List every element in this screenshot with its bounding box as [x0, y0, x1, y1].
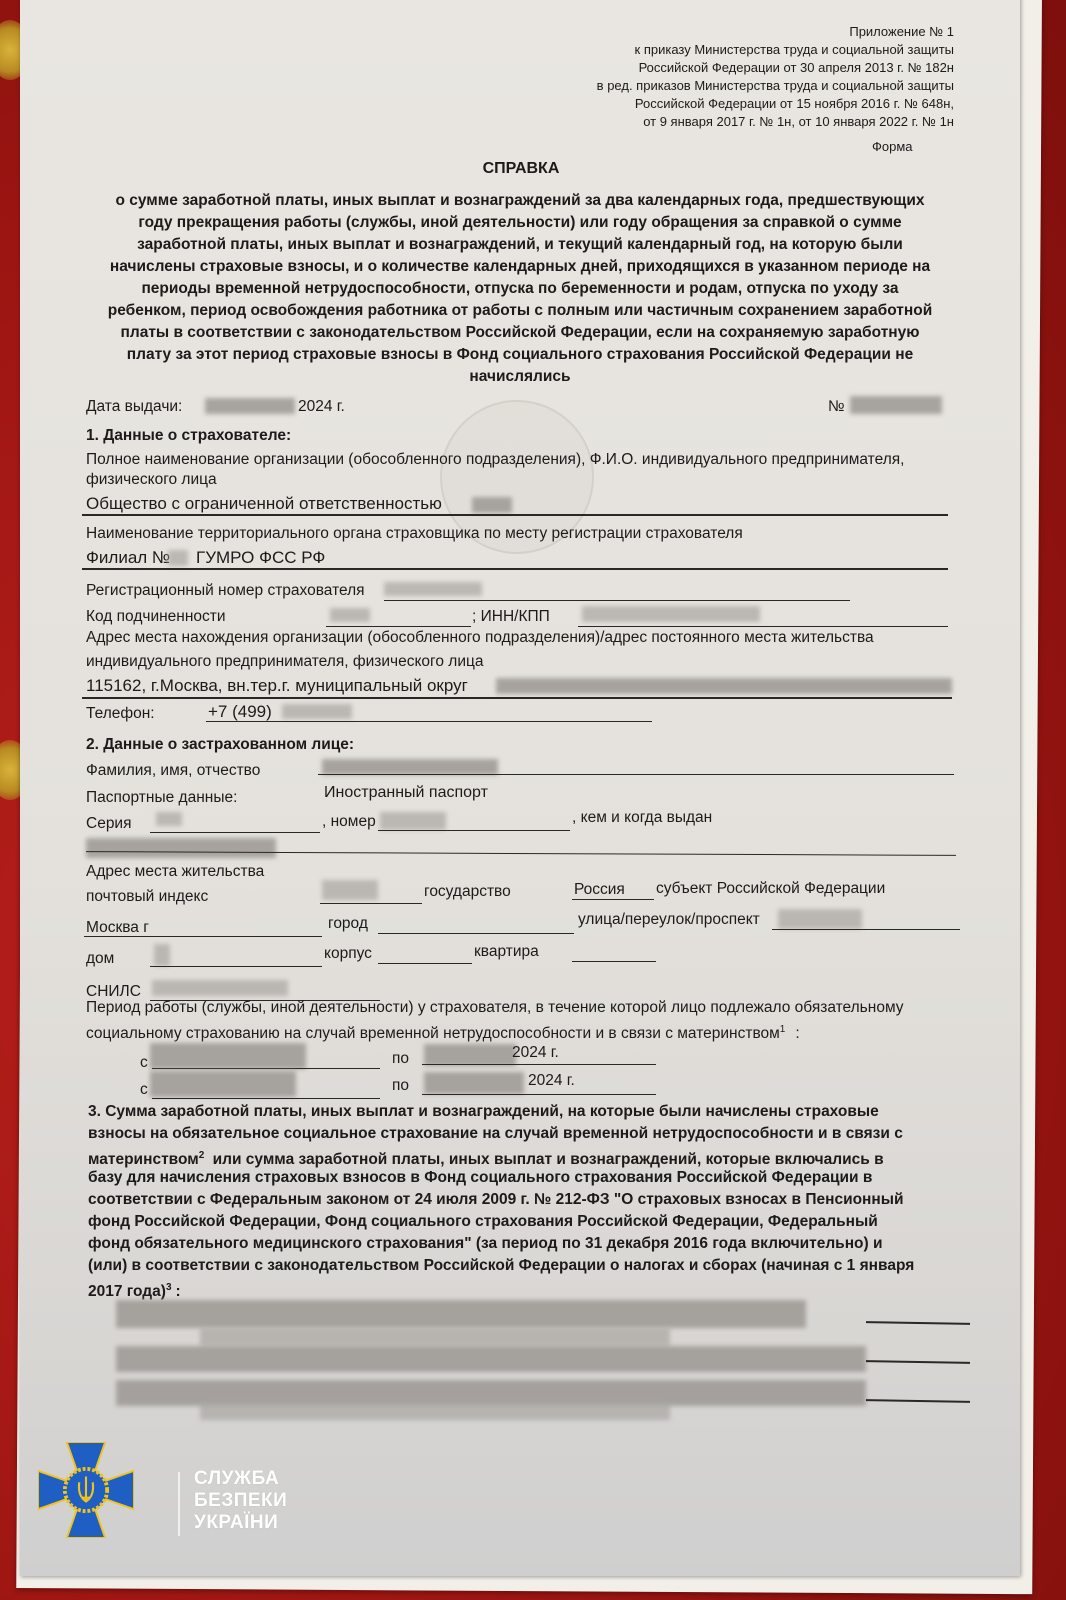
street-label: улица/переулок/проспект [578, 911, 760, 929]
section3-text: или сумма заработной платы, иных выплат … [213, 1151, 884, 1168]
period-from-underline [152, 1098, 380, 1099]
redacted-issue-number [850, 396, 942, 414]
subtitle-line: заработной платы, иных выплат и вознагра… [0, 236, 1040, 254]
country-label: государство [424, 883, 511, 901]
building-underline [378, 963, 472, 964]
section3-text: 2017 года) [88, 1283, 166, 1300]
redacted-branch-number [168, 550, 188, 566]
territorial-value-prefix: Филиал № [86, 549, 170, 567]
period-to-label: по [392, 1050, 409, 1068]
section3-line: 2017 года)3: [88, 1279, 181, 1301]
appendix-line: Российской Федерации от 15 ноября 2016 г… [635, 94, 954, 114]
subtitle-line: платы в соответствии с законодательством… [0, 324, 1040, 342]
apartment-label: квартира [474, 943, 539, 961]
redacted-org-name [472, 497, 512, 513]
passport-value: Иностранный паспорт [324, 784, 488, 802]
period-to-year: 2024 г. [512, 1044, 559, 1062]
subtitle-line: о сумме заработной платы, иных выплат и … [0, 192, 1040, 210]
section3-line: взносы на обязательное социальное страхо… [88, 1125, 903, 1143]
period-to-underline [422, 1094, 656, 1095]
issued-by-label: , кем и когда выдан [572, 809, 712, 827]
redacted-reg-number [384, 582, 482, 596]
issue-date-label: Дата выдачи: [86, 398, 182, 416]
redacted-row [200, 1328, 670, 1346]
footnote-3: 3 [166, 1282, 172, 1293]
building-label: корпус [324, 945, 372, 963]
subtitle-line: году прекращения работы (службы, иной де… [0, 214, 1040, 232]
redacted-address [496, 678, 952, 694]
org-name-value: Общество с ограниченной ответственностью [86, 495, 442, 513]
subject-underline [84, 936, 322, 937]
appendix-line: к приказу Министерства труда и социально… [635, 40, 954, 60]
work-period-text-line: социальному страхованию на случай времен… [86, 1025, 780, 1042]
territorial-underline [82, 568, 948, 570]
section2-heading: 2. Данные о застрахованном лице: [86, 736, 354, 754]
row-underline [866, 1360, 970, 1363]
appendix-line: от 9 января 2017 г. № 1н, от 10 января 2… [643, 112, 954, 132]
section3-line: соответствии с Федеральным законом от 24… [88, 1191, 904, 1209]
series-underline [150, 832, 320, 833]
section3-line: фонд Российской Федерации, Фонд социальн… [88, 1213, 878, 1231]
country-value: Россия [574, 881, 625, 899]
sbu-wordmark: СЛУЖБА БЕЗПЕКИ УКРАЇНИ [194, 1468, 287, 1534]
period-to-underline [422, 1064, 656, 1065]
redacted-subordination [330, 608, 370, 622]
issue-date-year: 2024 г. [298, 398, 345, 416]
redacted-fio [322, 759, 498, 775]
city-label: город [328, 915, 368, 933]
redacted-period-from [150, 1043, 306, 1069]
org-name-label: физического лица [86, 471, 217, 489]
reg-number-label: Регистрационный номер страхователя [86, 582, 365, 600]
period-to-label: по [392, 1077, 409, 1095]
appendix-line: в ред. приказов Министерства труда и соц… [597, 76, 954, 96]
phone-value: +7 (499) [208, 703, 272, 721]
document: Приложение № 1 к приказу Министерства тр… [0, 0, 1066, 1600]
org-name-label: Полное наименование организации (обособл… [86, 451, 904, 469]
subtitle-line: ребенком, период освобождения работника … [0, 302, 1040, 320]
logo-divider [178, 1472, 180, 1536]
redacted-snils [152, 980, 288, 996]
redacted-postal-code [322, 880, 378, 900]
period-from-label: с [140, 1081, 148, 1099]
section3-line: 3. Сумма заработной платы, иных выплат и… [88, 1103, 879, 1121]
sbu-emblem-icon [38, 1442, 134, 1538]
footnote-2: 2 [199, 1150, 205, 1161]
apartment-underline [572, 961, 656, 962]
subject-label: субъект Российской Федерации [656, 880, 885, 898]
subject-value: Москва г [86, 919, 149, 937]
row-underline [866, 1321, 970, 1324]
section3-colon: : [176, 1283, 181, 1300]
work-period-colon: : [795, 1025, 799, 1042]
sbu-wordmark-line: СЛУЖБА [194, 1468, 287, 1490]
appendix-line: Приложение № 1 [849, 22, 954, 42]
redacted-period-from [150, 1071, 296, 1097]
address-underline [82, 697, 952, 699]
subtitle-line: начислены страховые взносы, и о количест… [0, 258, 1040, 276]
postal-underline [320, 903, 422, 904]
section1-heading: 1. Данные о страхователе: [86, 427, 291, 445]
subordination-label: Код подчиненности [86, 608, 226, 626]
section3-line: (или) в соответствии с законодательством… [88, 1257, 914, 1275]
section3-text: материнством [88, 1151, 199, 1168]
redacted-row [200, 1402, 670, 1420]
section3-line: базу для начисления страховых взносов в … [88, 1169, 872, 1187]
section3-line: материнством2 или сумма заработной платы… [88, 1147, 884, 1169]
redacted-issue-date [205, 398, 295, 414]
sbu-wordmark-line: БЕЗПЕКИ [194, 1490, 287, 1512]
row-underline [866, 1399, 970, 1402]
period-from-underline [152, 1068, 380, 1069]
residence-label: Адрес места жительства [86, 863, 264, 881]
period-from-label: с [140, 1054, 148, 1072]
address-label: индивидуального предпринимателя, физичес… [86, 653, 483, 671]
subtitle-line: начислялись [0, 368, 1040, 386]
inn-kpp-label: ; ИНН/КПП [472, 608, 550, 626]
redacted-inn-kpp [582, 606, 760, 622]
address-label: Адрес места нахождения организации (обос… [86, 629, 874, 647]
appendix-line: Российской Федерации от 30 апреля 2013 г… [639, 58, 954, 78]
number-label: , номер [322, 813, 376, 831]
address-value: 115162, г.Москва, вн.тер.г. муниципальны… [86, 677, 468, 695]
house-underline [150, 966, 322, 967]
city-underline [378, 933, 574, 934]
redacted-house [154, 944, 170, 966]
postal-label: почтовый индекс [86, 888, 208, 906]
redacted-row [116, 1300, 806, 1328]
redacted-series [156, 812, 182, 826]
reg-number-underline [384, 600, 850, 601]
passport-label: Паспортные данные: [86, 789, 237, 807]
fio-underline [318, 774, 954, 775]
redacted-period-to [424, 1072, 524, 1094]
street-underline [772, 929, 960, 930]
period-to-year: 2024 г. [528, 1072, 575, 1090]
footnote-1: 1 [780, 1024, 786, 1035]
sbu-wordmark-line: УКРАЇНИ [194, 1512, 287, 1534]
redacted-row [116, 1346, 866, 1372]
redacted-issued-by [86, 838, 276, 858]
inn-kpp-underline [578, 626, 948, 627]
series-label: Серия [86, 815, 132, 833]
house-label: дом [86, 950, 114, 968]
form-label: Форма [872, 137, 913, 157]
subtitle-line: плату за этот период страховые взносы в … [0, 346, 1040, 364]
redacted-passport-number [380, 812, 446, 830]
issue-number-label: № [828, 398, 845, 416]
territorial-label: Наименование территориального органа стр… [86, 525, 743, 543]
document-title: СПРАВКА [0, 160, 1054, 178]
subordination-underline [326, 626, 471, 627]
country-underline [572, 899, 654, 900]
section3-line: фонд обязательного медицинского страхова… [88, 1235, 883, 1253]
work-period-text: Период работы (службы, иной деятельности… [86, 999, 904, 1017]
work-period-text: социальному страхованию на случай времен… [86, 1021, 800, 1043]
org-name-underline [82, 514, 948, 516]
redacted-phone [282, 704, 352, 719]
subtitle-line: периоды временной нетрудоспособности, от… [0, 280, 1040, 298]
fio-label: Фамилия, имя, отчество [86, 762, 260, 780]
redacted-period-to [424, 1044, 516, 1066]
territorial-value-suffix: ГУМРО ФСС РФ [196, 549, 325, 567]
redacted-street [778, 909, 862, 929]
phone-label: Телефон: [86, 705, 155, 723]
phone-underline [206, 721, 652, 722]
passport-number-underline [378, 830, 570, 831]
